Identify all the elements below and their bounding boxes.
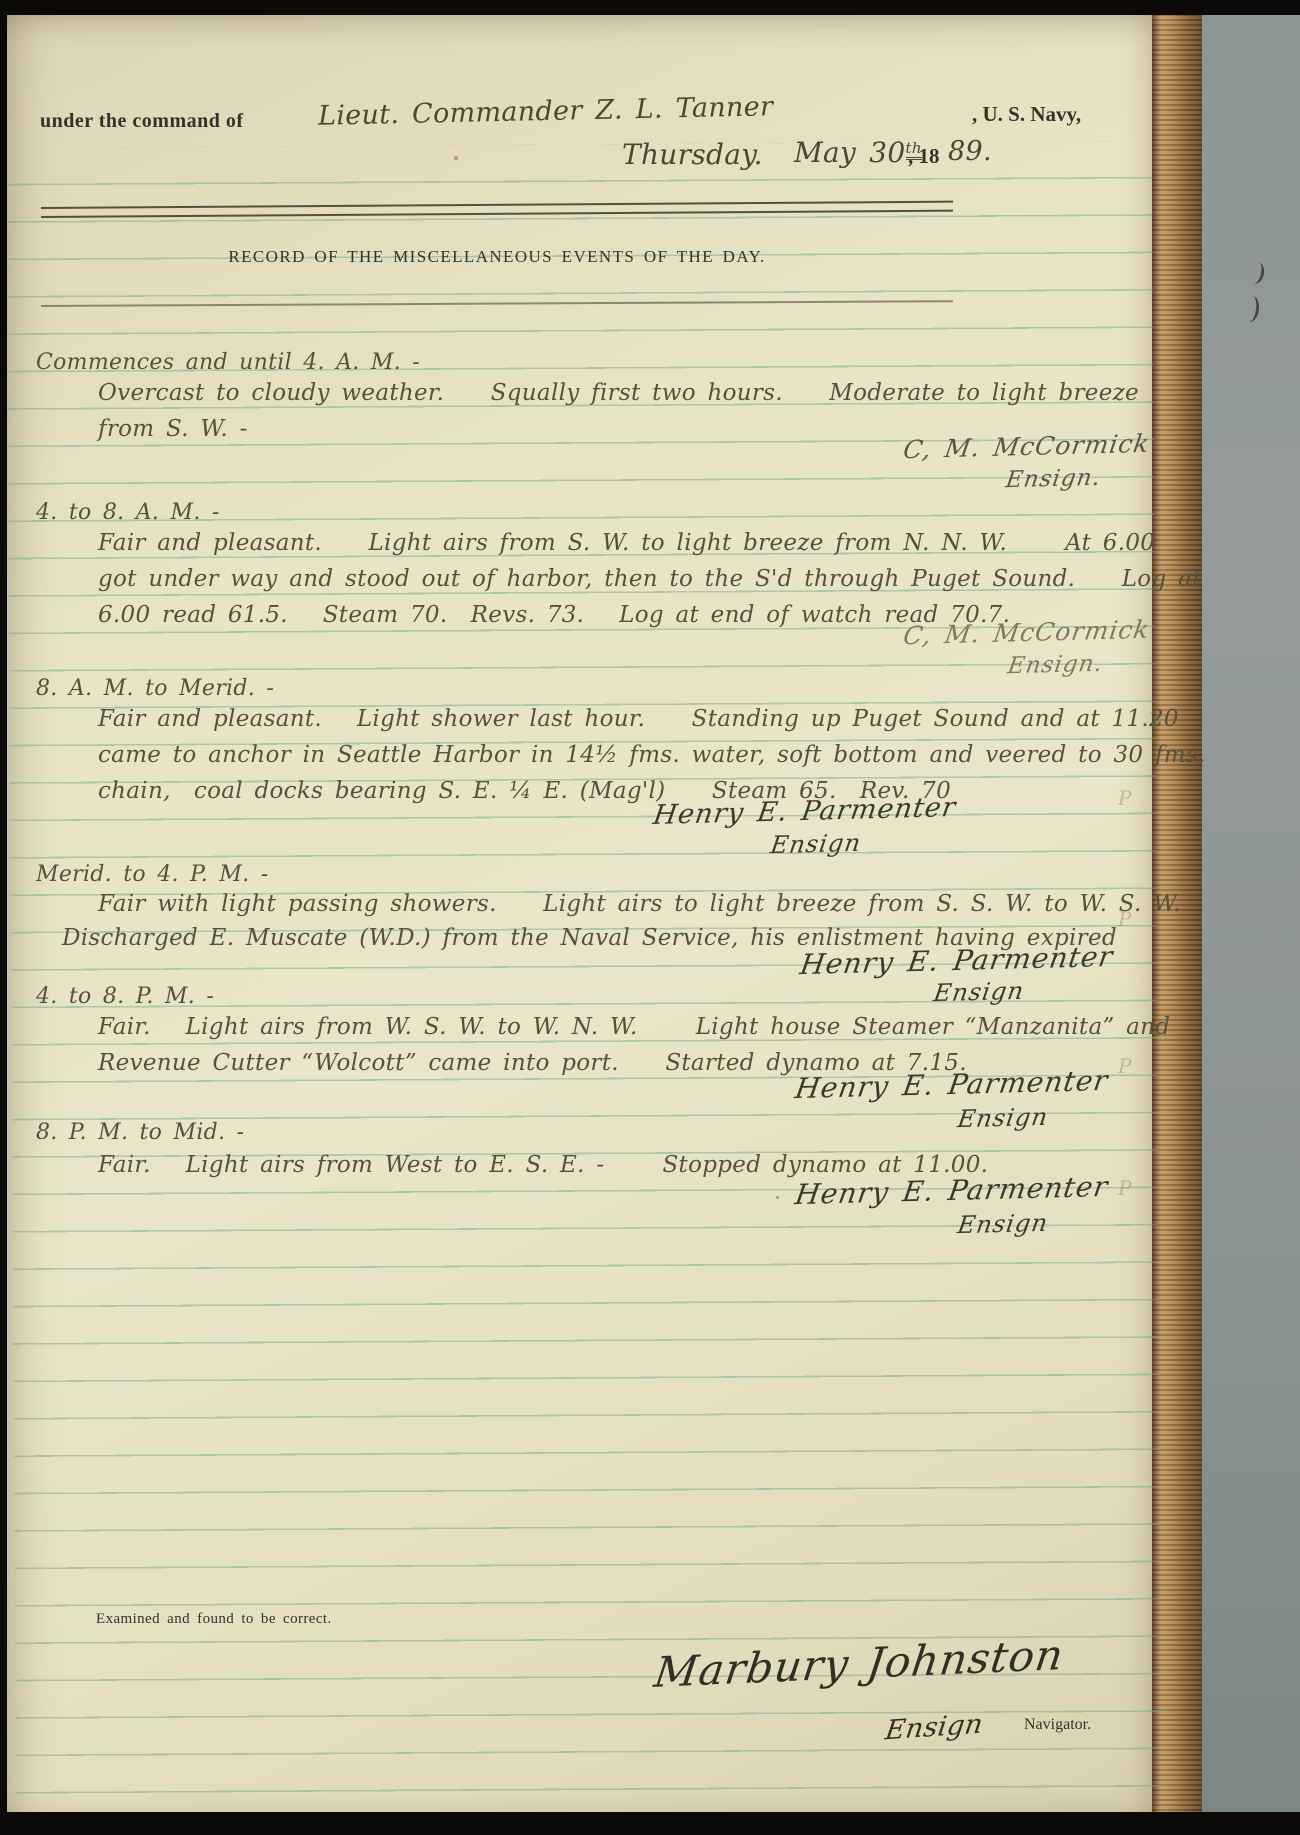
weekday-handwritten: Thursday.: [622, 138, 763, 172]
entry-line: Overcast to cloudy weather. Squally firs…: [98, 380, 1139, 408]
entry-line: Fair. Light airs from W. S. W. to W. N. …: [98, 1014, 1170, 1042]
ink-speck: [454, 156, 458, 160]
examined-note: Examined and found to be correct.: [96, 1611, 332, 1628]
scan-border-bottom: [0, 1812, 1300, 1835]
entry-heading: Commences and until 4. A. M. -: [36, 350, 420, 376]
commander-name-handwritten: Lieut. Commander Z. L. Tanner: [318, 91, 774, 133]
scan-border-top: [0, 0, 1300, 15]
entry-heading: 4. to 8. A. M. -: [36, 500, 220, 526]
signature-title: Ensign: [956, 1209, 1051, 1240]
entry-line: Fair and pleasant. Light airs from S. W.…: [98, 530, 1155, 558]
entry-heading: Merid. to 4. P. M. -: [36, 862, 269, 888]
printed-us-navy-suffix: , U. S. Navy,: [972, 102, 1081, 127]
signature-title: Ensign.: [1006, 651, 1105, 681]
entry-heading: 8. P. M. to Mid. -: [36, 1120, 244, 1146]
navigator-title-printed: Navigator.: [1024, 1716, 1091, 1734]
ink-speck: [776, 1196, 779, 1199]
entry-line: from S. W. -: [98, 416, 248, 444]
section-title: RECORD OF THE MISCELLANEOUS EVENTS OF TH…: [41, 247, 953, 267]
entry-heading: 8. A. M. to Merid. -: [36, 676, 274, 702]
margin-check-mark: P: [1118, 786, 1131, 810]
margin-check-mark: P: [1118, 907, 1131, 931]
logbook-page: under the command of Lieut. Commander Z.…: [6, 14, 1152, 1813]
printed-command-prefix: under the command of: [40, 110, 244, 133]
signature-title: Ensign.: [1004, 465, 1103, 495]
entry-line: Fair with light passing showers. Light a…: [98, 891, 1181, 919]
scan-border-left: [0, 0, 7, 1835]
entry-line: 6.00 read 61.5. Steam 70. Revs. 73. Log …: [98, 602, 1010, 630]
margin-check-mark: P: [1118, 1054, 1131, 1078]
entry-line: Fair. Light airs from West to E. S. E. -…: [98, 1152, 988, 1180]
signature-title: Ensign: [769, 829, 864, 860]
entry-line: got under way and stood out of harbor, t…: [98, 566, 1202, 594]
entry-heading: 4. to 8. P. M. -: [36, 984, 214, 1010]
date-handwritten: May 30th: [794, 136, 922, 170]
entry-line: came to anchor in Seattle Harbor in 14½ …: [98, 742, 1206, 770]
entry-line: Fair and pleasant. Light shower last hou…: [98, 706, 1179, 734]
date-main: May 30: [794, 136, 906, 169]
logbook-scan: under the command of Lieut. Commander Z.…: [0, 0, 1300, 1835]
signature-title: Ensign: [956, 1103, 1051, 1134]
signature-title: Ensign: [932, 977, 1027, 1008]
year-handwritten: 89.: [948, 136, 992, 168]
margin-check-mark: P: [1118, 1176, 1131, 1200]
printed-year-prefix: , 18: [908, 144, 940, 169]
